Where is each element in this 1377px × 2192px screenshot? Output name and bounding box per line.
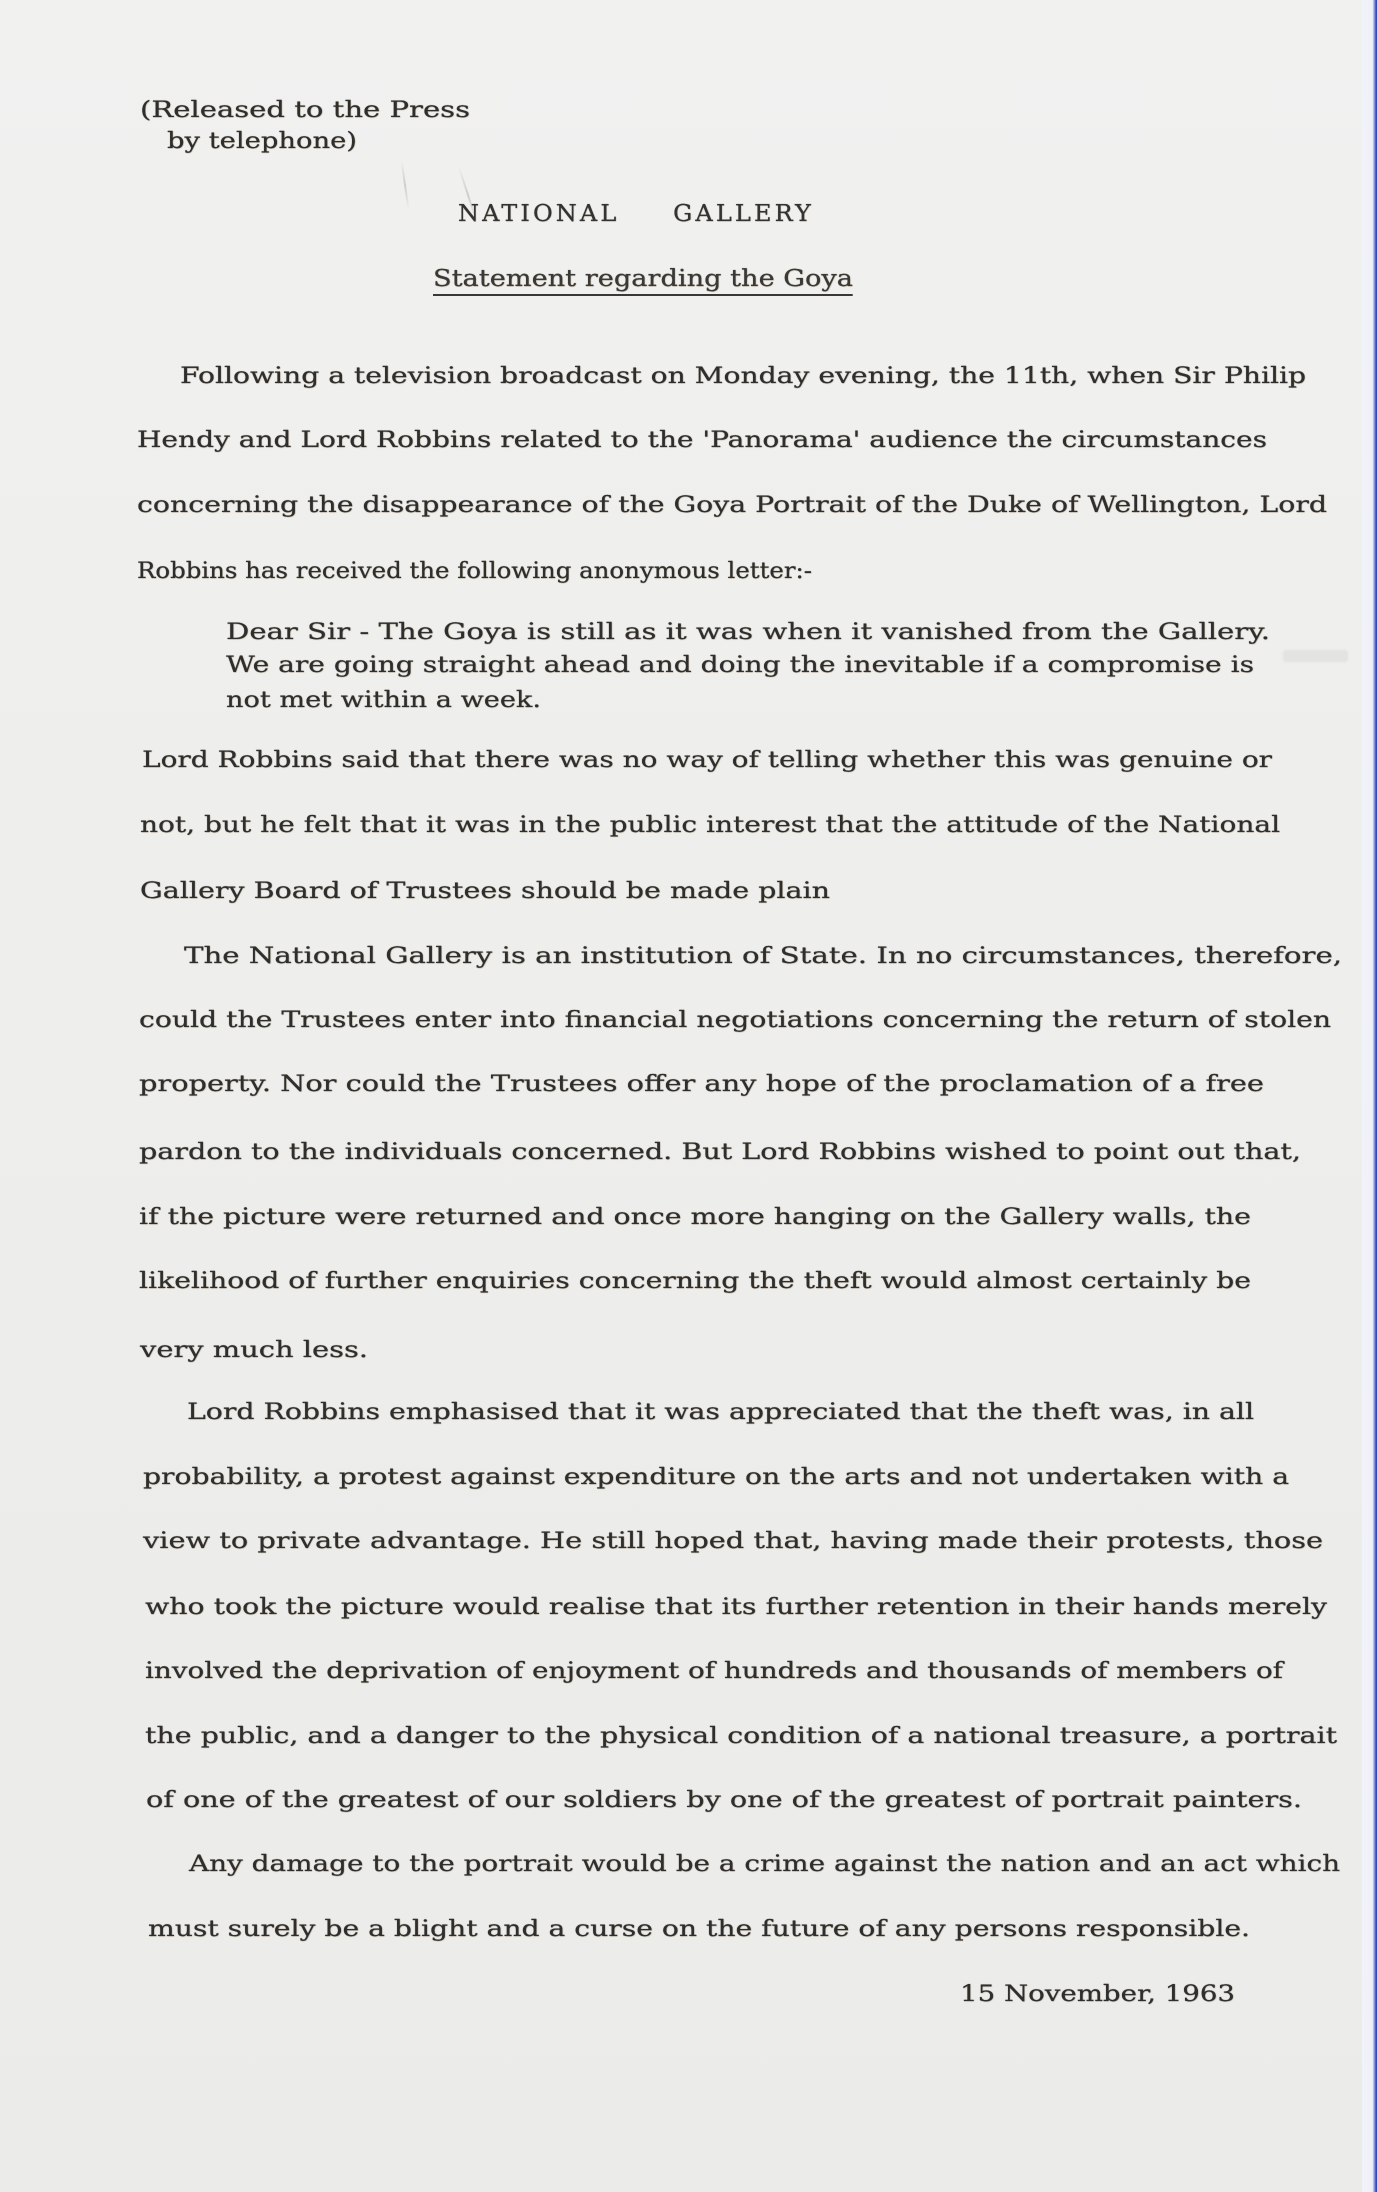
- paragraph-line: if the picture were returned and once mo…: [139, 1203, 1251, 1233]
- release-note-line: (Released to the Press: [140, 96, 470, 126]
- document-date: 15 November, 1963: [960, 1980, 1235, 2010]
- paragraph-line: The National Gallery is an institution o…: [184, 942, 1342, 972]
- paragraph-line: who took the picture would realise that …: [145, 1593, 1327, 1623]
- paragraph-line: of one of the greatest of our soldiers b…: [146, 1786, 1302, 1816]
- paragraph-line: could the Trustees enter into financial …: [139, 1006, 1331, 1036]
- scan-background: [1362, 0, 1377, 2192]
- paragraph-line: involved the deprivation of enjoyment of…: [145, 1657, 1283, 1687]
- paragraph-line: Following a television broadcast on Mond…: [180, 362, 1306, 392]
- page-title: NATIONAL GALLERY: [458, 199, 814, 229]
- letter-line: not met within a week.: [226, 686, 541, 716]
- paragraph-line: concerning the disappearance of the Goya…: [137, 491, 1327, 521]
- pencil-mark: [401, 160, 410, 210]
- document-page: (Released to the Press by telephone) NAT…: [0, 0, 1362, 2192]
- paragraph-line: pardon to the individuals concerned. But…: [139, 1138, 1301, 1168]
- paragraph-line: Lord Robbins said that there was no way …: [142, 746, 1272, 776]
- page-subtitle: Statement regarding the Goya: [433, 264, 853, 296]
- release-note-line: by telephone): [167, 127, 357, 157]
- paragraph-line: not, but he felt that it was in the publ…: [140, 811, 1280, 841]
- paragraph-line: view to private advantage. He still hope…: [143, 1527, 1323, 1557]
- paragraph-line: Gallery Board of Trustees should be made…: [140, 877, 830, 907]
- paragraph-line: Robbins has received the following anony…: [137, 557, 812, 587]
- paragraph-line: Any damage to the portrait would be a cr…: [189, 1850, 1340, 1880]
- paragraph-line: Hendy and Lord Robbins related to the 'P…: [137, 426, 1267, 456]
- paragraph-line: Lord Robbins emphasised that it was appr…: [187, 1398, 1254, 1428]
- paragraph-line: likelihood of further enquiries concerni…: [139, 1267, 1251, 1297]
- paragraph-line: very much less.: [140, 1336, 368, 1366]
- letter-line: We are going straight ahead and doing th…: [226, 651, 1254, 681]
- faint-stamp-mark: [1283, 650, 1348, 662]
- letter-line: Dear Sir - The Goya is still as it was w…: [226, 618, 1270, 648]
- paragraph-line: probability, a protest against expenditu…: [143, 1463, 1289, 1493]
- paragraph-line: property. Nor could the Trustees offer a…: [139, 1070, 1264, 1100]
- paragraph-line: the public, and a danger to the physical…: [145, 1722, 1337, 1752]
- paragraph-line: must surely be a blight and a curse on t…: [148, 1915, 1250, 1945]
